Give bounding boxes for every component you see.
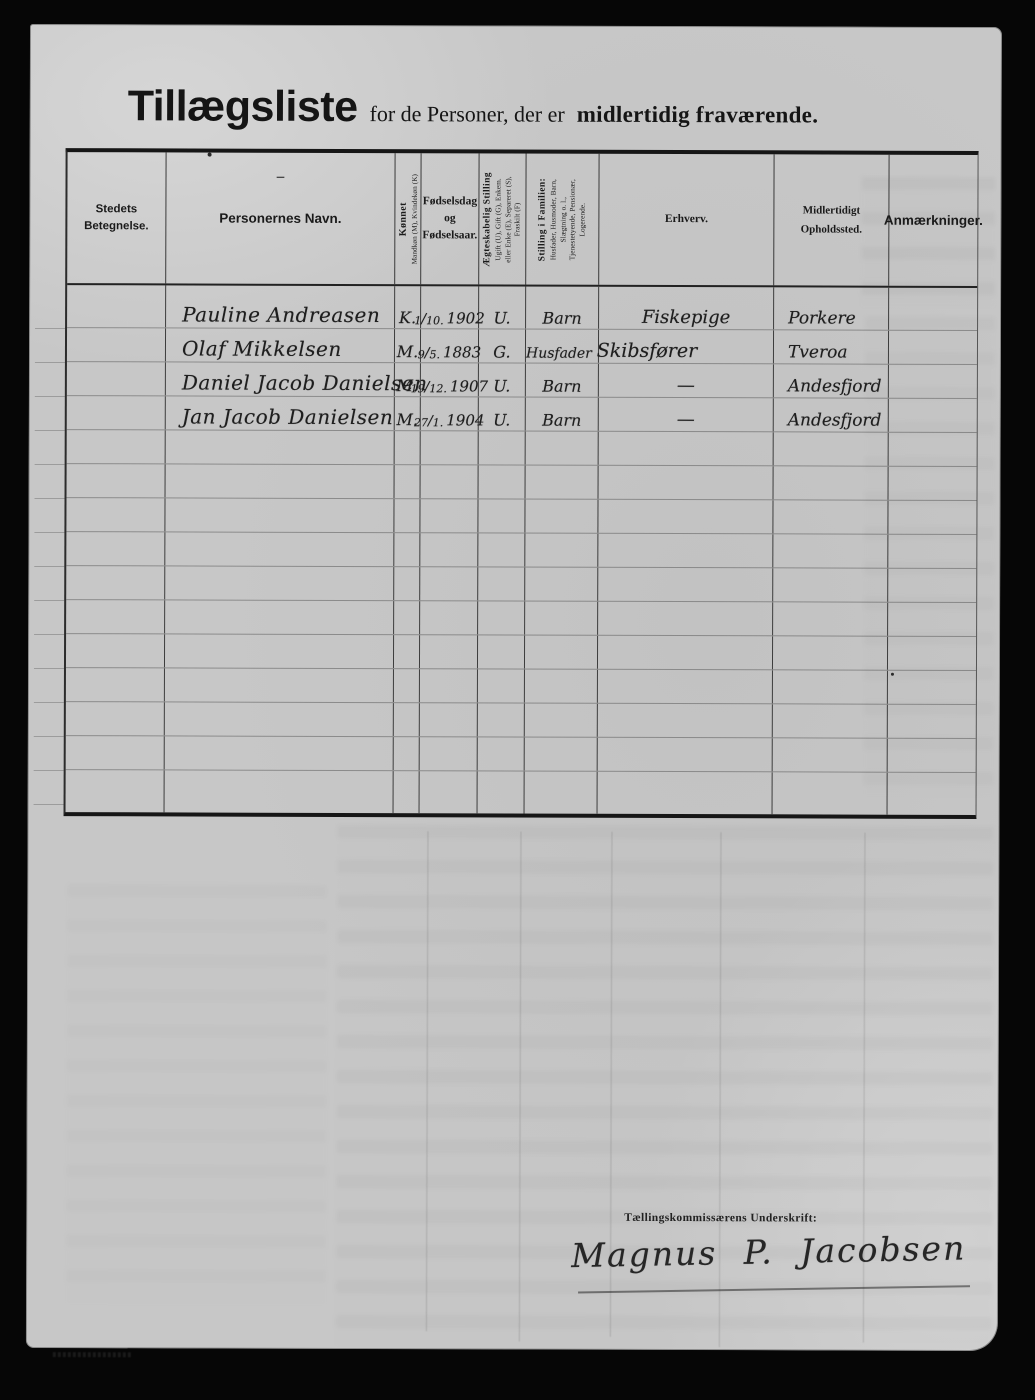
cell-name bbox=[165, 736, 394, 770]
cell-remarks bbox=[889, 399, 977, 432]
table-body: Pauline Andreasen K. 110.1902 U. Barn Fi… bbox=[66, 285, 978, 815]
cell-marital-status bbox=[478, 601, 525, 634]
cell-sex bbox=[394, 703, 420, 736]
cell-name bbox=[166, 464, 395, 498]
cell-remarks bbox=[889, 467, 977, 500]
table-row: Daniel Jacob Danielsen M. 1912.1907 U. B… bbox=[67, 362, 977, 399]
title-subtitle-bold: midlertidig fraværende. bbox=[577, 102, 819, 129]
cell-family-position: Husfader bbox=[526, 330, 599, 363]
cell-occupation bbox=[598, 772, 773, 815]
cell-occupation: Skibsfører bbox=[599, 330, 774, 364]
cell-family-position bbox=[525, 636, 598, 669]
table-row bbox=[66, 770, 976, 815]
cell-occupation bbox=[598, 534, 773, 568]
bleedthrough-lower-left bbox=[66, 884, 327, 1305]
cell-residence bbox=[773, 636, 888, 669]
cell-remarks bbox=[888, 637, 976, 670]
cell-marital-status bbox=[478, 635, 525, 668]
cell-sex bbox=[394, 601, 420, 634]
cell-occupation bbox=[598, 602, 773, 636]
table-header: Stedets Betegnelse. – Personernes Navn. … bbox=[67, 152, 977, 288]
cell-name bbox=[165, 668, 394, 702]
cell-birthdate bbox=[420, 771, 478, 813]
table-row bbox=[66, 600, 976, 637]
table-row: Olaf Mikkelsen M. 95.1883 G. Husfader Sk… bbox=[67, 328, 977, 365]
cell-residence bbox=[773, 602, 888, 635]
table-row bbox=[66, 532, 976, 569]
signature-label: Tællingskommissærens Underskrift: bbox=[624, 1212, 817, 1225]
table-row bbox=[66, 634, 976, 671]
cell-sex bbox=[394, 499, 420, 532]
cell-name bbox=[165, 600, 394, 634]
cell-marital-status: U. bbox=[479, 286, 526, 328]
margin-row-lines bbox=[34, 295, 66, 817]
table-row: Jan Jacob Danielsen M. 271.1904 U. Barn … bbox=[67, 396, 977, 433]
cell-remarks bbox=[888, 773, 976, 815]
cell-marital-status bbox=[478, 499, 525, 532]
table-row: Pauline Andreasen K. 110.1902 U. Barn Fi… bbox=[67, 285, 977, 331]
dash-mark: – bbox=[166, 168, 394, 186]
table-row bbox=[66, 498, 976, 535]
cell-residence bbox=[773, 568, 888, 601]
cell-sex bbox=[394, 771, 420, 813]
cell-place bbox=[66, 770, 165, 812]
cell-occupation bbox=[598, 500, 773, 534]
cell-residence: Tveroa bbox=[774, 330, 889, 363]
cell-family-position bbox=[525, 568, 598, 601]
cell-name: Daniel Jacob Danielsen bbox=[166, 362, 395, 396]
cell-residence: Porkere bbox=[774, 287, 889, 329]
cell-birthdate: 95.1883 bbox=[421, 329, 479, 362]
cell-occupation: — bbox=[599, 398, 774, 432]
table-row bbox=[66, 566, 976, 603]
cell-marital-status bbox=[478, 669, 525, 702]
cell-occupation bbox=[599, 432, 774, 466]
cell-marital-status bbox=[478, 703, 525, 736]
cell-birthdate bbox=[420, 737, 478, 770]
printer-mark bbox=[53, 1352, 131, 1357]
cell-occupation bbox=[599, 466, 774, 500]
cell-occupation: Fiskepige bbox=[599, 287, 774, 330]
cell-name: Jan Jacob Danielsen bbox=[166, 396, 395, 430]
cell-place bbox=[66, 498, 165, 531]
cell-family-position bbox=[525, 704, 598, 737]
table-row bbox=[66, 702, 976, 739]
cell-family-position: Barn bbox=[526, 364, 599, 397]
cell-place bbox=[66, 702, 165, 735]
cell-marital-status: G. bbox=[479, 329, 526, 362]
cell-birthdate bbox=[420, 601, 478, 634]
cell-family-position bbox=[525, 738, 598, 771]
cell-marital-status bbox=[478, 771, 525, 813]
cell-family-position bbox=[525, 534, 598, 567]
table-row bbox=[66, 668, 976, 705]
cell-sex bbox=[394, 737, 420, 770]
cell-place bbox=[66, 566, 165, 599]
header-place: Stedets Betegnelse. bbox=[67, 152, 166, 283]
cell-birthdate: 110.1902 bbox=[421, 286, 479, 328]
cell-occupation bbox=[598, 636, 773, 670]
table-row bbox=[67, 430, 977, 467]
cell-name bbox=[165, 634, 394, 668]
cell-sex bbox=[394, 533, 420, 566]
cell-place bbox=[67, 464, 166, 497]
cell-sex bbox=[394, 635, 420, 668]
cell-name bbox=[165, 770, 394, 813]
cell-remarks bbox=[889, 288, 977, 330]
cell-remarks bbox=[888, 569, 976, 602]
cell-family-position bbox=[526, 432, 599, 465]
cell-marital-status bbox=[478, 737, 525, 770]
cell-family-position bbox=[525, 602, 598, 635]
cell-name bbox=[166, 430, 395, 464]
cell-residence bbox=[773, 704, 888, 737]
cell-place bbox=[67, 396, 166, 429]
cell-remarks bbox=[888, 535, 976, 568]
cell-name bbox=[165, 702, 394, 736]
cell-residence bbox=[774, 432, 889, 465]
title-subtitle: for de Personer, der er bbox=[369, 101, 564, 128]
cell-remarks bbox=[888, 671, 976, 704]
table-row bbox=[66, 736, 976, 773]
table-row bbox=[67, 464, 977, 501]
header-family-position: Stilling i Familien: Husfader, Husmoder,… bbox=[526, 154, 599, 285]
cell-remarks bbox=[888, 603, 976, 636]
cell-birthdate: 271.1904 bbox=[421, 397, 479, 430]
cell-birthdate bbox=[420, 703, 478, 736]
header-sex: Kønnet Mandkøn (M), Kvindekøn (K) bbox=[395, 153, 421, 284]
cell-birthdate bbox=[420, 567, 478, 600]
cell-residence bbox=[773, 670, 888, 703]
census-table: Stedets Betegnelse. – Personernes Navn. … bbox=[64, 148, 979, 819]
cell-name: Pauline Andreasen bbox=[166, 285, 395, 328]
cell-birthdate bbox=[420, 669, 478, 702]
cell-family-position bbox=[525, 500, 598, 533]
header-marital-status: Ægteskabelig Stilling Ugift (U), Gift (G… bbox=[479, 153, 526, 284]
header-remarks: Anmærkninger. bbox=[889, 155, 977, 286]
cell-family-position bbox=[525, 772, 598, 814]
cell-marital-status bbox=[479, 465, 526, 498]
cell-birthdate bbox=[420, 635, 478, 668]
cell-birthdate bbox=[420, 533, 478, 566]
cell-birthdate bbox=[421, 465, 479, 498]
cell-birthdate bbox=[421, 431, 479, 464]
cell-residence bbox=[773, 738, 888, 771]
cell-family-position: Barn bbox=[526, 287, 599, 329]
cell-family-position: Barn bbox=[526, 398, 599, 431]
cell-name bbox=[165, 498, 394, 532]
scanned-census-page: Tillægsliste for de Personer, der er mid… bbox=[0, 0, 1035, 1400]
cell-sex bbox=[395, 431, 421, 464]
cell-occupation bbox=[598, 738, 773, 772]
cell-family-position bbox=[526, 466, 599, 499]
header-birthdate: Fødselsdag og Fødselsaar. bbox=[421, 153, 479, 284]
cell-place bbox=[67, 285, 166, 327]
cell-sex bbox=[394, 567, 420, 600]
cell-remarks bbox=[889, 365, 977, 398]
cell-marital-status: U. bbox=[479, 397, 526, 430]
cell-place bbox=[67, 328, 166, 361]
cell-occupation: — bbox=[599, 364, 774, 398]
cell-sex bbox=[395, 465, 421, 498]
cell-place bbox=[66, 532, 165, 565]
cell-marital-status bbox=[478, 533, 525, 566]
cell-residence bbox=[773, 500, 888, 533]
cell-remarks bbox=[889, 331, 977, 364]
header-occupation: Erhverv. bbox=[599, 154, 774, 286]
cell-residence: Andesfjord bbox=[774, 398, 889, 431]
cell-birthdate: 1912.1907 bbox=[421, 363, 479, 396]
commissioner-signature: Magnus P. Jacobsen bbox=[571, 1228, 967, 1275]
cell-place bbox=[66, 634, 165, 667]
cell-residence bbox=[773, 534, 888, 567]
cell-place bbox=[66, 736, 165, 769]
title-main: Tillægsliste bbox=[128, 82, 358, 132]
cell-remarks bbox=[888, 739, 976, 772]
header-temporary-residence: Midlertidigt Opholdssted. bbox=[774, 154, 889, 285]
cell-name: Olaf Mikkelsen bbox=[166, 328, 395, 362]
paper-sheet: Tillægsliste for de Personer, der er mid… bbox=[26, 24, 1002, 1351]
cell-occupation bbox=[598, 704, 773, 738]
cell-birthdate bbox=[420, 499, 478, 532]
cell-family-position bbox=[525, 670, 598, 703]
cell-sex bbox=[394, 669, 420, 702]
cell-name bbox=[165, 566, 394, 600]
cell-marital-status: U. bbox=[479, 363, 526, 396]
cell-place bbox=[66, 600, 165, 633]
cell-occupation bbox=[598, 568, 773, 602]
cell-residence: Andesfjord bbox=[774, 364, 889, 397]
cell-place bbox=[66, 668, 165, 701]
bleedthrough-line bbox=[519, 832, 522, 1342]
cell-remarks bbox=[888, 705, 976, 738]
cell-name bbox=[165, 532, 394, 566]
cell-marital-status bbox=[478, 567, 525, 600]
cell-residence bbox=[774, 466, 889, 499]
signature-underline bbox=[578, 1285, 970, 1293]
cell-remarks bbox=[889, 433, 977, 466]
cell-residence bbox=[773, 772, 888, 814]
cell-occupation bbox=[598, 670, 773, 704]
cell-remarks bbox=[888, 501, 976, 534]
bleedthrough-line bbox=[426, 831, 429, 1331]
cell-marital-status bbox=[479, 431, 526, 464]
cell-place bbox=[67, 362, 166, 395]
document-title: Tillægsliste for de Personer, der er mid… bbox=[128, 82, 819, 133]
header-name: – Personernes Navn. bbox=[166, 152, 395, 284]
cell-place bbox=[67, 430, 166, 463]
